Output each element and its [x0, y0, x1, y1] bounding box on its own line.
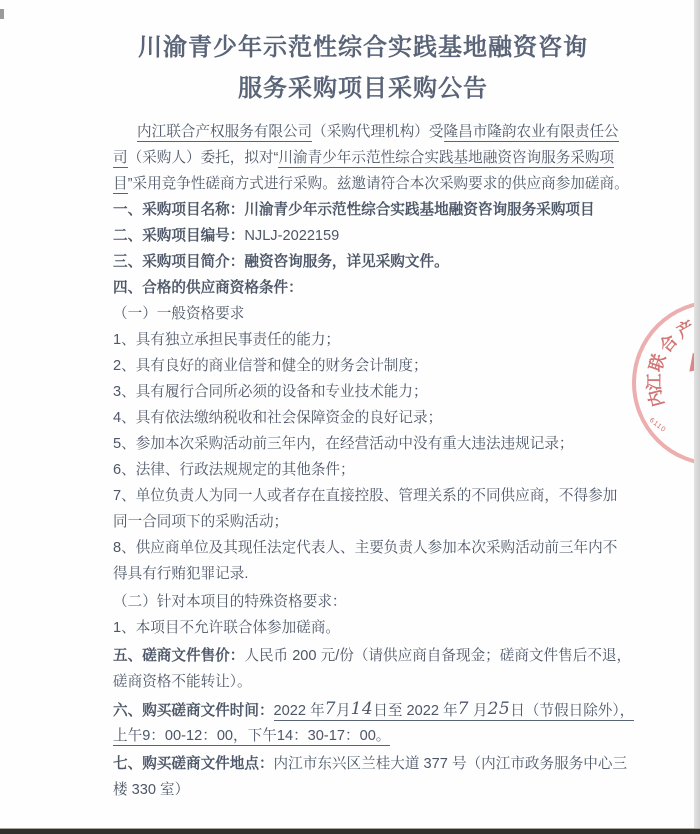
seal-circle: [632, 300, 700, 466]
general-item-2: 2、具有良好的商业信誉和健全的财务会计制度；: [113, 353, 613, 379]
document-body: 川渝青少年示范性综合实践基地融资咨询 服务采购项目采购公告 内江联合产权服务有限…: [113, 0, 613, 803]
section-time-line-1: 六、购买磋商文件时间：2022 年7月14日至 2022 年7 月25日（节假日…: [113, 697, 613, 723]
buyer-name: 隆昌市隆韵农业有限责任公: [444, 124, 619, 142]
handwritten-month: 7: [458, 699, 469, 719]
section-value: 人民币 200 元/份（请供应商自备现金；磋商文件售后不退，: [244, 648, 631, 664]
general-item-5: 5、参加本次采购活动前三年内，在经营活动中没有重大违法违规记录；: [113, 431, 613, 457]
section-value: 融资咨询服务，详见采购文件。: [244, 254, 448, 270]
section-label: 三、采购项目简介：: [113, 254, 244, 270]
scan-artifact: [0, 9, 4, 19]
section-price-line-1: 五、磋商文件售价：人民币 200 元/份（请供应商自备现金；磋商文件售后不退，: [113, 643, 613, 669]
agency-name: 内江联合产权服务有限公司: [137, 124, 312, 142]
scan-edge-right: [694, 0, 700, 834]
printed-text: 日（节假日除外），: [510, 703, 634, 719]
seal-serial-number: 6110: [648, 417, 667, 434]
buyer-name-cont: 司: [113, 150, 128, 168]
printed-text: 月: [336, 703, 351, 719]
document-title-line-2: 服务采购项目采购公告: [113, 74, 613, 104]
handwritten-month: 7: [325, 699, 336, 719]
section-label: 二、采购项目编号：: [113, 228, 244, 244]
section-project-name: 一、采购项目名称：川渝青少年示范性综合实践基地融资咨询服务采购项目: [113, 197, 613, 223]
seal-character: 联: [647, 352, 670, 375]
section-qualification-heading: 四、合格的供应商资格条件：: [113, 275, 613, 301]
general-item-8-line-1: 8、供应商单位及其现任法定代表人、主要负责人参加本次采购活动前三年内不: [113, 535, 613, 561]
scanned-document-page: 川渝青少年示范性综合实践基地融资咨询 服务采购项目采购公告 内江联合产权服务有限…: [0, 0, 700, 834]
seal-character: 江: [646, 373, 664, 391]
handwritten-day: 14: [351, 699, 374, 719]
section-project-number: 二、采购项目编号：NJLJ-2022159: [113, 223, 613, 249]
company-seal-stamp: 内 江 联 合 产 6110: [632, 300, 700, 466]
section-price-line-2: 磋商资格不能转让）。: [113, 669, 613, 695]
project-name: 川渝青少年示范性综合实践基地融资咨询服务采购项: [278, 150, 614, 168]
general-item-6: 6、法律、行政法规规定的其他条件；: [113, 457, 613, 483]
general-item-8-line-2: 得具有行贿犯罪记录.: [113, 561, 613, 587]
general-item-4: 4、具有依法缴纳税收和社会保障资金的良好记录；: [113, 405, 613, 431]
intro-text: ”采用竞争性磋商方式进行采购。兹邀请符合本次采购要求的供应商参加磋商。: [128, 176, 629, 192]
section-place-line-2: 楼 330 室）: [113, 777, 613, 803]
section-label: 五、磋商文件售价：: [113, 648, 244, 664]
seal-character: 合: [656, 331, 681, 356]
special-item-1: 1、本项目不允许联合体参加磋商。: [113, 615, 613, 641]
section-label: 六、购买磋商文件时间：: [113, 703, 274, 719]
document-title-line-1: 川渝青少年示范性综合实践基地融资咨询: [113, 33, 613, 63]
handwritten-day: 25: [488, 699, 511, 719]
section-value: 内江市东兴区兰桂大道 377 号（内江市政务服务中心三: [274, 756, 628, 772]
time-underlined-value: 2022 年7月14日至 2022 年7 月25日（节假日除外），: [274, 703, 635, 721]
section-time-line-2: 上午9：00-12：00，下午14：30-17：00。: [113, 723, 613, 749]
general-item-7-line-2: 同一合同项下的采购活动；: [113, 509, 613, 535]
intro-line-2: 司（采购人）委托，拟对“川渝青少年示范性综合实践基地融资咨询服务采购项: [113, 145, 613, 171]
section-label: 一、采购项目名称：: [113, 202, 244, 218]
general-requirements-heading: （一）一般资格要求: [113, 301, 613, 327]
intro-text: （采购代理机构）受: [312, 124, 443, 140]
section-value: 川渝青少年示范性综合实践基地融资咨询服务采购项目: [244, 202, 594, 218]
section-project-brief: 三、采购项目简介：融资咨询服务，详见采购文件。: [113, 249, 613, 275]
printed-text: 月: [469, 703, 488, 719]
general-item-1: 1、具有独立承担民事责任的能力；: [113, 327, 613, 353]
section-place-line-1: 七、购买磋商文件地点：内江市东兴区兰桂大道 377 号（内江市政务服务中心三: [113, 751, 613, 777]
seal-character: 内: [646, 387, 668, 409]
special-requirements-heading: （二）针对本项目的特殊资格要求：: [113, 589, 613, 615]
project-name-cont: 目: [113, 176, 128, 194]
intro-line-3: 目”采用竞争性磋商方式进行采购。兹邀请符合本次采购要求的供应商参加磋商。: [113, 171, 613, 197]
intro-line-1: 内江联合产权服务有限公司（采购代理机构）受隆昌市隆韵农业有限责任公: [113, 119, 613, 145]
intro-text: （采购人）委托，拟对“: [128, 150, 279, 166]
scan-edge-bottom: [0, 828, 700, 834]
printed-text: 2022 年: [274, 703, 325, 719]
printed-text: 日至 2022 年: [373, 703, 457, 719]
section-value: NJLJ-2022159: [244, 228, 339, 244]
section-label: 七、购买磋商文件地点：: [113, 756, 274, 772]
general-item-3: 3、具有履行合同所必须的设备和专业技术能力；: [113, 379, 613, 405]
time-underlined-value: 上午9：00-12：00，下午14：30-17：00。: [113, 728, 390, 746]
general-item-7-line-1: 7、单位负责人为同一人或者存在直接控股、管理关系的不同供应商，不得参加: [113, 483, 613, 509]
